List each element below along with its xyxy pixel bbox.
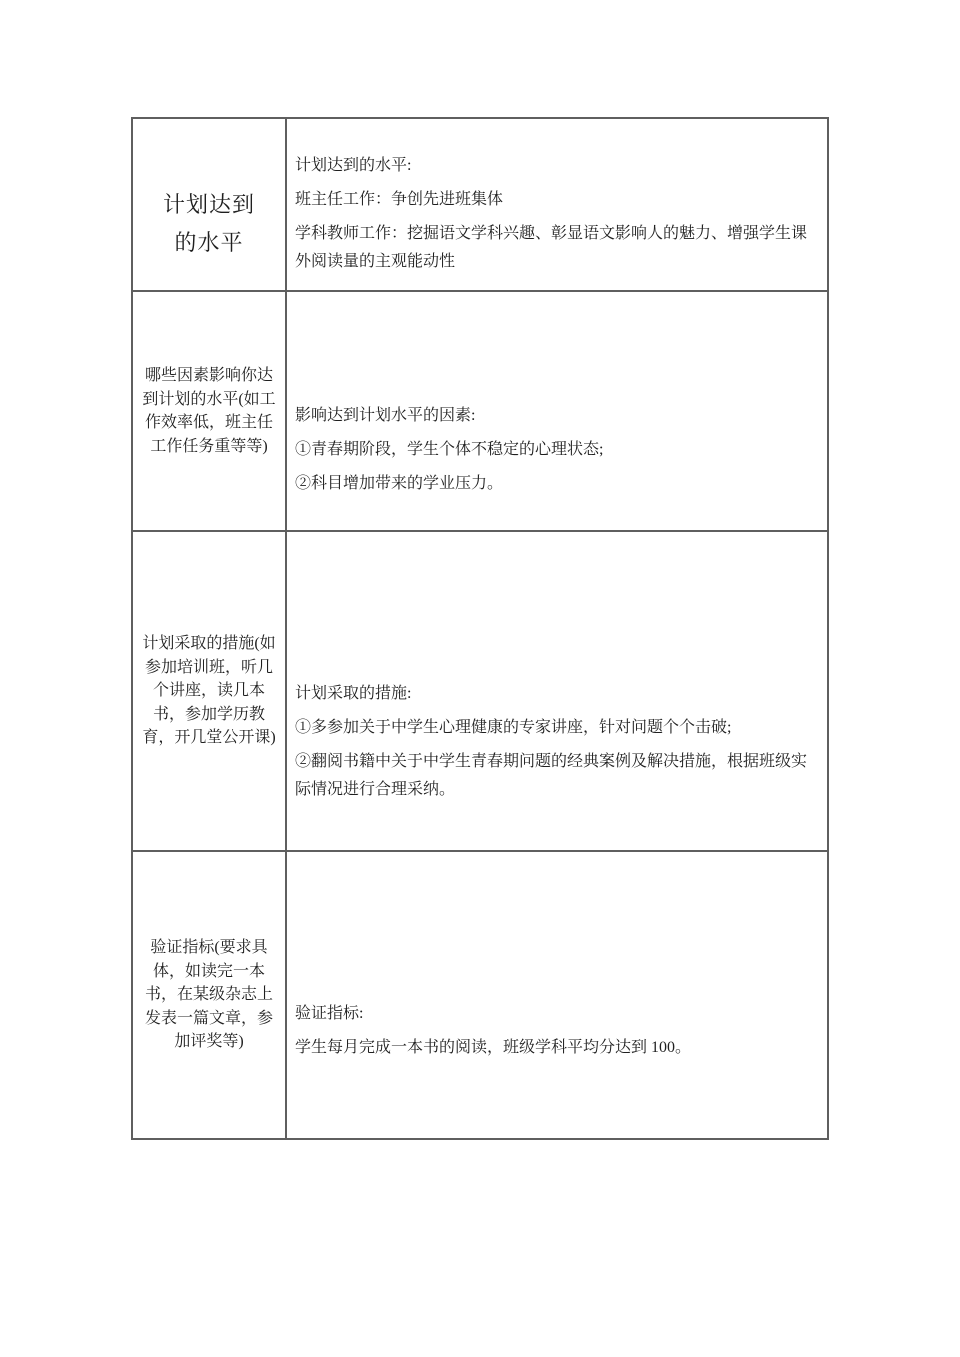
label-cell-influencing-factors: 哪些因素影响你达到计划的水平(如工作效率低，班主任工作任务重等等) bbox=[133, 292, 287, 530]
row-planned-measures: 计划采取的措施(如参加培训班，听几个讲座，读几本书，参加学历教育，开几堂公开课)… bbox=[133, 530, 827, 850]
content-cell-planned-measures: 计划采取的措施: ①多参加关于中学生心理健康的专家讲座，针对问题个个击破; ②翻… bbox=[287, 532, 827, 850]
label-cell-plan-level: 计划达到 的水平 bbox=[133, 119, 287, 290]
cell-paragraph: ①多参加关于中学生心理健康的专家讲座，针对问题个个击破; bbox=[295, 714, 819, 742]
content-cell-plan-level: 计划达到的水平: 班主任工作：争创先进班集体 学科教师工作：挖掘语文学科兴趣、彰… bbox=[287, 119, 827, 290]
cell-heading: 影响达到计划水平的因素: bbox=[295, 402, 819, 430]
row-verification-indicators: 验证指标(要求具体，如读完一本书，在某级杂志上发表一篇文章，参加评奖等) 验证指… bbox=[133, 850, 827, 1138]
cell-paragraph: ①青春期阶段，学生个体不稳定的心理状态; bbox=[295, 436, 819, 464]
plan-table: 计划达到 的水平 计划达到的水平: 班主任工作：争创先进班集体 学科教师工作：挖… bbox=[131, 117, 829, 1140]
row-label: 计划达到 的水平 bbox=[163, 186, 255, 262]
row-label: 验证指标(要求具体，如读完一本书，在某级杂志上发表一篇文章，参加评奖等) bbox=[140, 936, 278, 1054]
row-label: 哪些因素影响你达到计划的水平(如工作效率低，班主任工作任务重等等) bbox=[140, 364, 278, 458]
content-cell-verification-indicators: 验证指标: 学生每月完成一本书的阅读，班级学科平均分达到 100。 bbox=[287, 852, 827, 1138]
label-cell-planned-measures: 计划采取的措施(如参加培训班，听几个讲座，读几本书，参加学历教育，开几堂公开课) bbox=[133, 532, 287, 850]
cell-paragraph: 学生每月完成一本书的阅读，班级学科平均分达到 100。 bbox=[295, 1034, 819, 1062]
label-cell-verification-indicators: 验证指标(要求具体，如读完一本书，在某级杂志上发表一篇文章，参加评奖等) bbox=[133, 852, 287, 1138]
cell-paragraph: ②科目增加带来的学业压力。 bbox=[295, 470, 819, 498]
cell-heading: 计划采取的措施: bbox=[295, 680, 819, 708]
row-plan-level: 计划达到 的水平 计划达到的水平: 班主任工作：争创先进班集体 学科教师工作：挖… bbox=[133, 119, 827, 290]
cell-paragraph: 学科教师工作：挖掘语文学科兴趣、彰显语文影响人的魅力、增强学生课外阅读量的主观能… bbox=[295, 220, 819, 276]
cell-paragraph: ②翻阅书籍中关于中学生青春期问题的经典案例及解决措施，根据班级实际情况进行合理采… bbox=[295, 748, 819, 804]
cell-heading: 验证指标: bbox=[295, 1000, 819, 1028]
content-cell-influencing-factors: 影响达到计划水平的因素: ①青春期阶段，学生个体不稳定的心理状态; ②科目增加带… bbox=[287, 292, 827, 530]
cell-heading: 计划达到的水平: bbox=[295, 152, 819, 180]
row-label: 计划采取的措施(如参加培训班，听几个讲座，读几本书，参加学历教育，开几堂公开课) bbox=[140, 632, 278, 750]
cell-paragraph: 班主任工作：争创先进班集体 bbox=[295, 186, 819, 214]
row-influencing-factors: 哪些因素影响你达到计划的水平(如工作效率低，班主任工作任务重等等) 影响达到计划… bbox=[133, 290, 827, 530]
